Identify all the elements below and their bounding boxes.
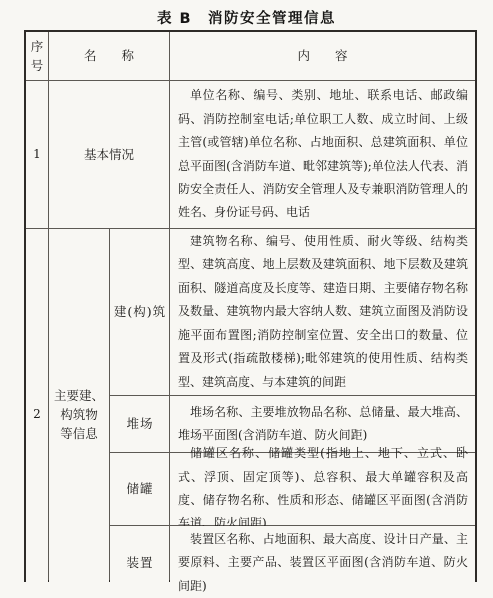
subrow-building-label: 建(构)筑 xyxy=(110,229,169,395)
row1-name-basic-info: 基本情况 xyxy=(49,81,169,228)
row2-name-main-structures: 主要建、 构筑物 等信息 xyxy=(49,229,109,598)
row1-content-text: 单位名称、编号、类别、地址、联系电话、邮政编码、消防控制室电话;单位职工人数、成… xyxy=(170,82,475,226)
subrow-installation-content-cell: 装置区名称、占地面积、最大高度、设计日产量、主要原料、主要产品、装置区平面图(含… xyxy=(170,526,475,598)
subrow-stockyard-label: 堆场 xyxy=(110,396,169,452)
row2-serial-number: 2 xyxy=(26,229,48,598)
subrow-building-content-text: 建筑物名称、编号、使用性质、耐火等级、结构类型、建筑高度、地上层数及建筑面积、地… xyxy=(170,228,475,396)
subrow-storage-tank-content-text: 储罐区名称、储罐类型(指地上、地下、立式、卧式、浮顶、固定顶等)、总容积、最大单… xyxy=(170,440,475,538)
table-title: 表 B 消防安全管理信息 xyxy=(0,7,493,28)
row1-content-cell: 单位名称、编号、类别、地址、联系电话、邮政编码、消防控制室电话;单位职工人数、成… xyxy=(170,81,475,228)
fire-safety-info-table: 序 号 名 称 内 容 1 基本情况 单位名称、编号、类别、地址、联系电话、邮政… xyxy=(24,30,477,582)
subrow-building-content-cell: 建筑物名称、编号、使用性质、耐火等级、结构类型、建筑高度、地上层数及建筑面积、地… xyxy=(170,229,475,395)
subrow-storage-tank-label: 储罐 xyxy=(110,453,169,525)
header-name: 名 称 xyxy=(49,32,169,80)
subrow-storage-tank-content-cell: 储罐区名称、储罐类型(指地上、地下、立式、卧式、浮顶、固定顶等)、总容积、最大单… xyxy=(170,453,475,525)
subrow-installation-label: 装置 xyxy=(110,526,169,598)
subrow-installation-content-text: 装置区名称、占地面积、最大高度、设计日产量、主要原料、主要产品、装置区平面图(含… xyxy=(170,526,475,598)
header-content: 内 容 xyxy=(170,32,475,80)
header-serial-number: 序 号 xyxy=(26,32,48,80)
row1-serial-number: 1 xyxy=(26,81,48,228)
